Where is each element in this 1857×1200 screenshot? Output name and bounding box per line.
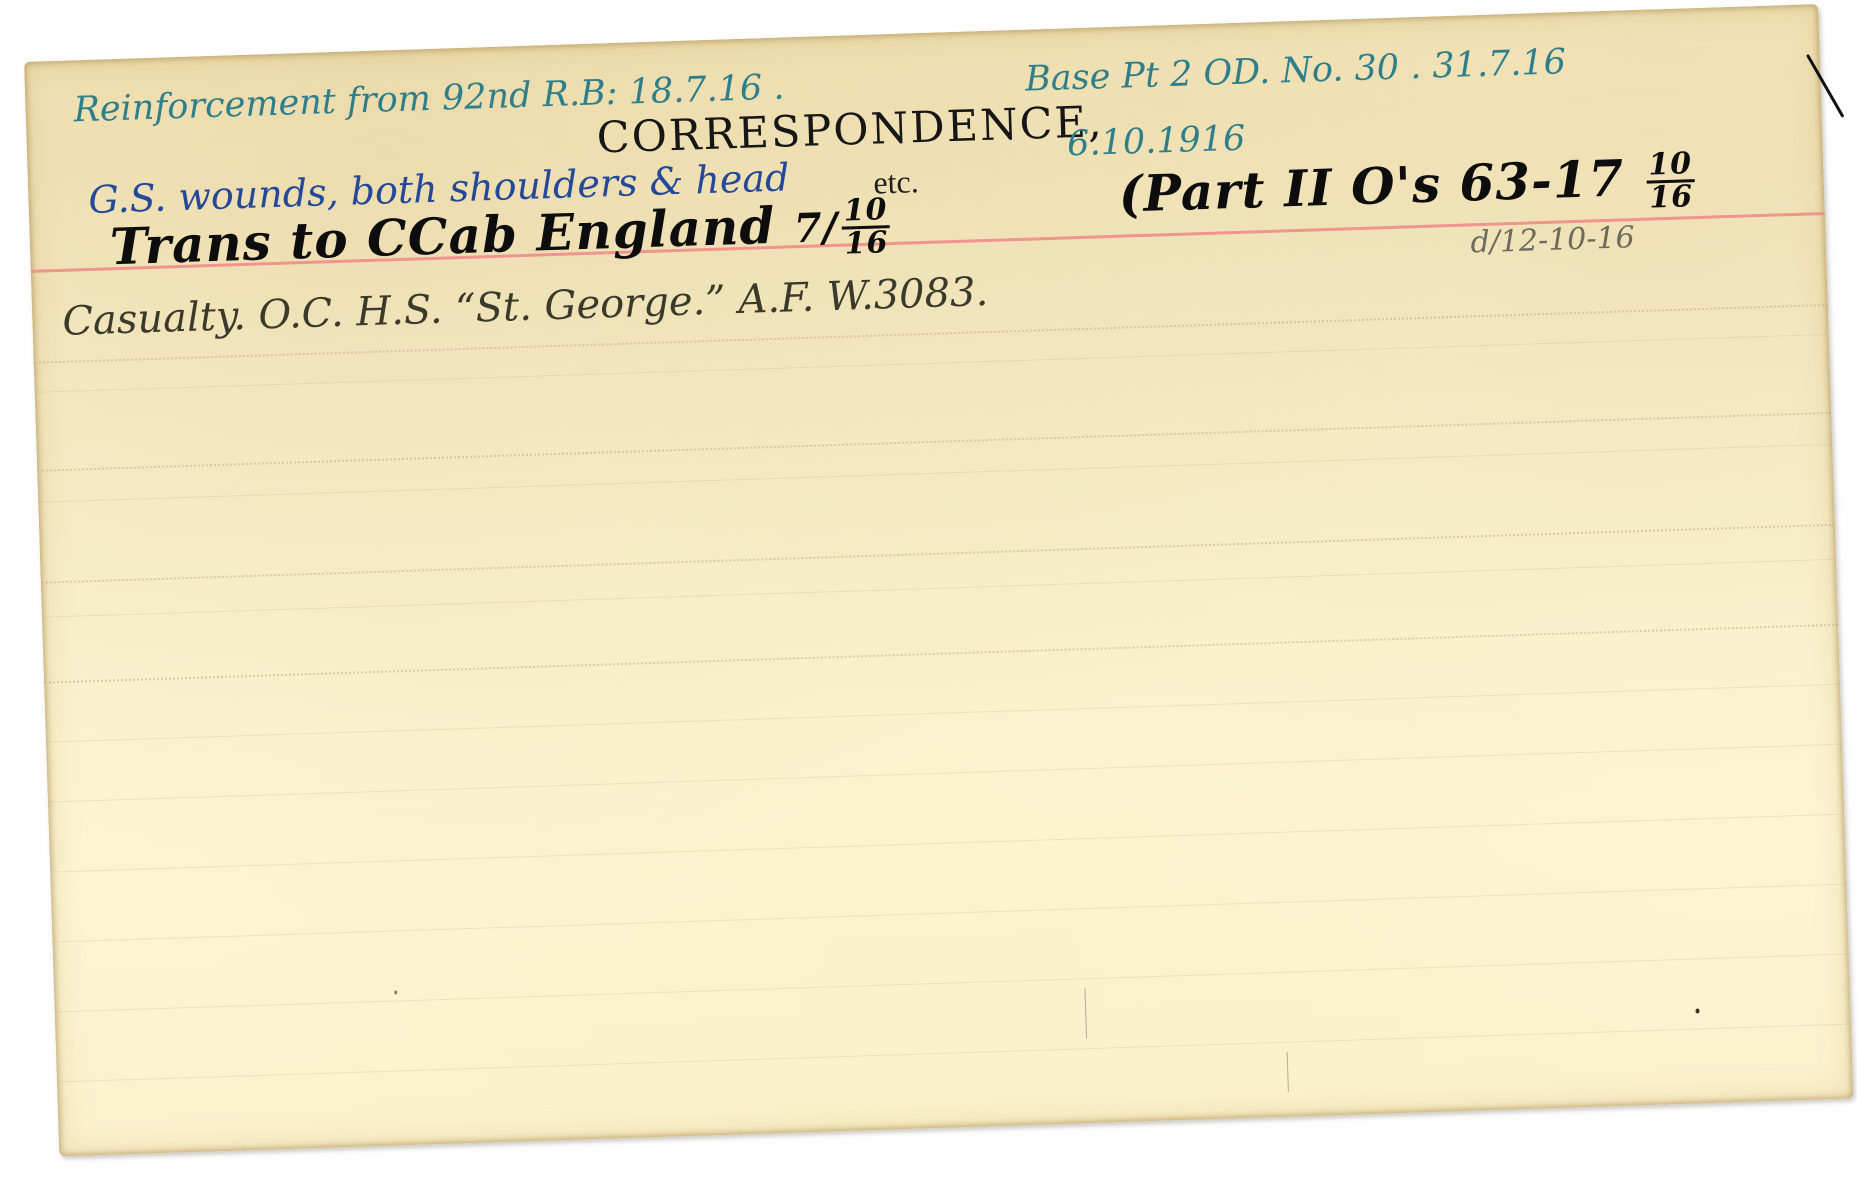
entry-wounds-date: 6.10.1916 <box>1067 119 1246 165</box>
index-card: CORRESPONDENCE, etc. Reinforcement from … <box>24 4 1853 1156</box>
entry-transfer-date-prefix: 7/ <box>793 204 839 252</box>
scan-background: CORRESPONDENCE, etc. Reinforcement from … <box>0 0 1857 1200</box>
ruled-line <box>52 884 1846 943</box>
ruled-line <box>48 744 1842 803</box>
ruled-line <box>38 444 1832 503</box>
entry-casualty-date: d/12-10-16 <box>1470 220 1635 260</box>
paper-speck <box>394 990 397 994</box>
entry-transfer-date-fraction: 1016 <box>841 195 891 260</box>
entry-transfer-end-fraction: 1016 <box>1646 149 1696 214</box>
ruled-line <box>35 334 1829 393</box>
ruled-line <box>50 814 1844 873</box>
ruled-line <box>46 684 1840 743</box>
paper-mark <box>1287 1052 1289 1092</box>
closing-bracket-stroke <box>1806 54 1844 118</box>
paper-mark <box>1084 988 1087 1038</box>
ruled-line <box>57 1024 1851 1083</box>
ruled-line <box>44 624 1838 684</box>
ruled-line <box>42 559 1836 618</box>
entry-reinforcement-continuation: Base Pt 2 OD. No. 30 . 31.7.16 <box>1024 42 1566 99</box>
paper-speck <box>1695 1008 1699 1013</box>
ruled-line <box>37 412 1831 472</box>
ruled-line <box>41 524 1835 584</box>
ruled-line <box>55 954 1849 1013</box>
entry-casualty: Casualty. O.C. H.S. “St. George.” A.F. W… <box>62 269 989 345</box>
